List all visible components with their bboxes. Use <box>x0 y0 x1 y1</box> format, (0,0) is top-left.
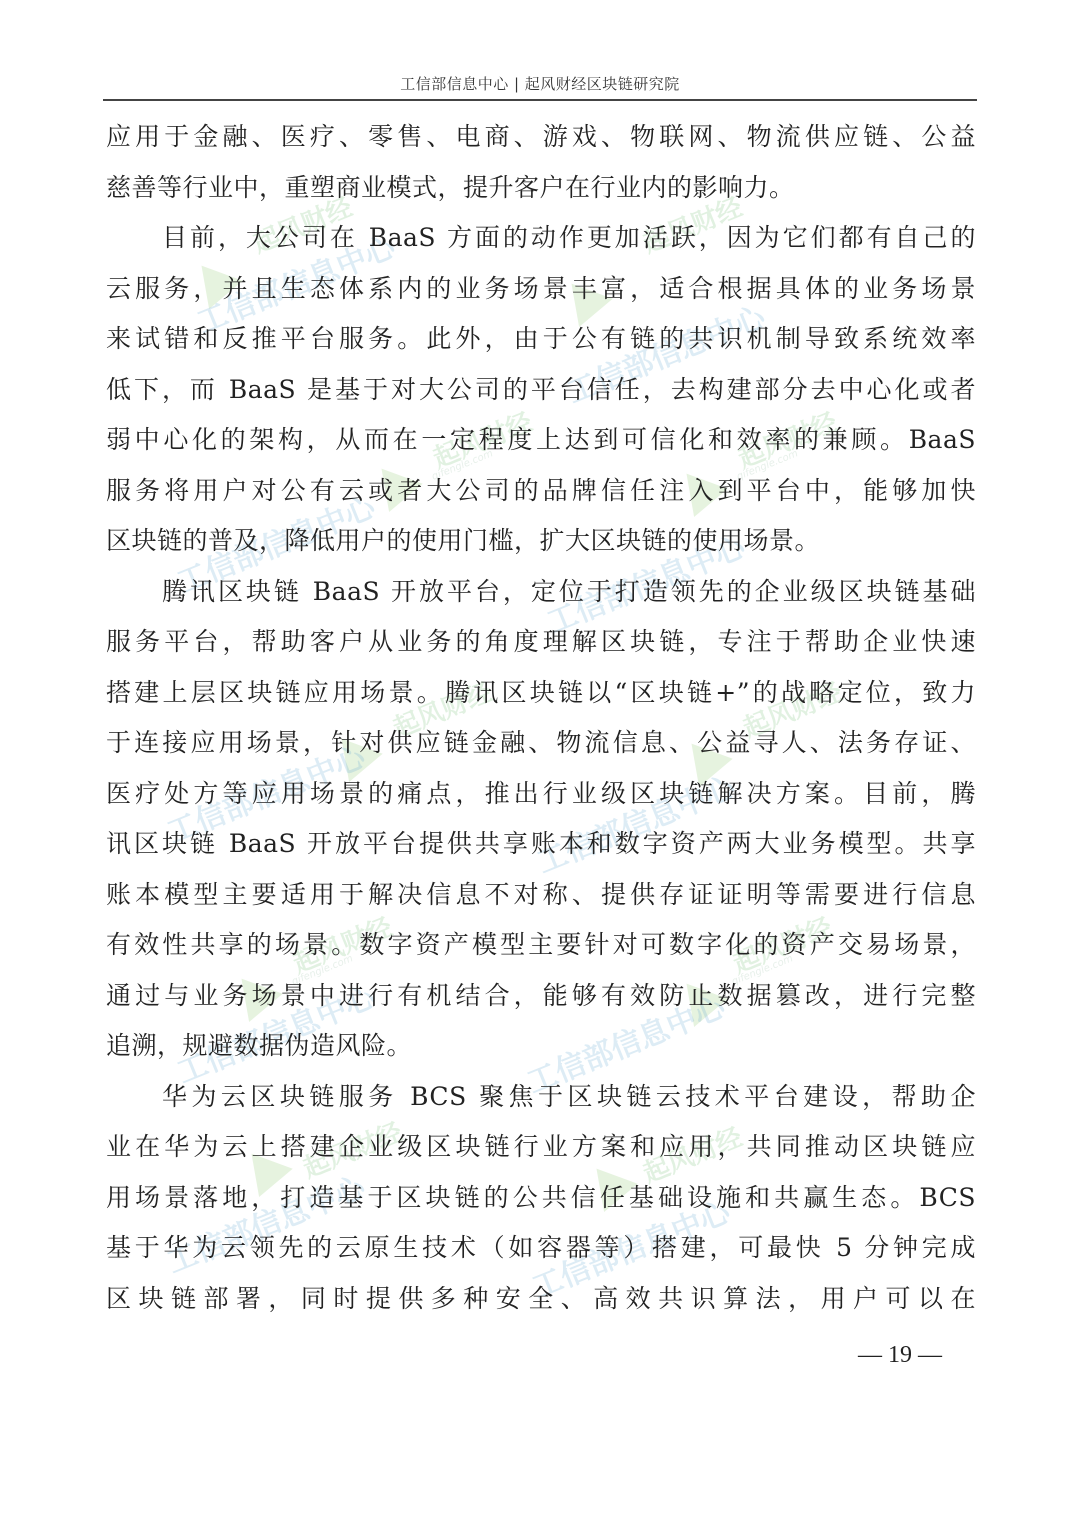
text-line: 华为云区块链服务 BCS 聚焦于区块链云技术平台建设，帮助企 <box>106 1072 976 1123</box>
paragraph-4: 华为云区块链服务 BCS 聚焦于区块链云技术平台建设，帮助企 业在华为云上搭建企… <box>106 1072 976 1325</box>
paragraph-2: 目前，大公司在 BaaS 方面的动作更加活跃，因为它们都有自己的 云服务，并且生… <box>106 213 976 567</box>
text-line: 有效性共享的场景。数字资产模型主要针对可数字化的资产交易场景， <box>106 920 976 971</box>
text-line: 通过与业务场景中进行有机结合，能够有效防止数据篡改，进行完整 <box>106 971 976 1022</box>
document-body: 应用于金融、医疗、零售、电商、游戏、物联网、物流供应链、公益 慈善等行业中，重塑… <box>106 112 976 1324</box>
text-line: 追溯，规避数据伪造风险。 <box>106 1021 976 1072</box>
text-line: 区块链的普及，降低用户的使用门槛，扩大区块链的使用场景。 <box>106 516 976 567</box>
text-line: 于连接应用场景，针对供应链金融、物流信息、公益寻人、法务存证、 <box>106 718 976 769</box>
page-header: 工信部信息中心 | 起风财经区块链研究院 <box>103 68 977 100</box>
text-line: 腾讯区块链 BaaS 开放平台，定位于打造领先的企业级区块链基础 <box>106 567 976 618</box>
text-line: 云服务，并且生态体系内的业务场景丰富，适合根据具体的业务场景 <box>106 264 976 315</box>
text-line: 业在华为云上搭建企业级区块链行业方案和应用，共同推动区块链应 <box>106 1122 976 1173</box>
text-line: 区块链部署，同时提供多种安全、高效共识算法，用户可以在 <box>106 1274 976 1325</box>
text-line: 账本模型主要适用于解决信息不对称、提供存证证明等需要进行信息 <box>106 870 976 921</box>
text-line: 服务平台，帮助客户从业务的角度理解区块链，专注于帮助企业快速 <box>106 617 976 668</box>
text-line: 应用于金融、医疗、零售、电商、游戏、物联网、物流供应链、公益 <box>106 112 976 163</box>
text-line: 搭建上层区块链应用场景。腾讯区块链以“区块链+”的战略定位，致力 <box>106 668 976 719</box>
paragraph-3: 腾讯区块链 BaaS 开放平台，定位于打造领先的企业级区块链基础 服务平台，帮助… <box>106 567 976 1072</box>
text-line: 基于华为云领先的云原生技术（如容器等）搭建，可最快 5 分钟完成 <box>106 1223 976 1274</box>
paragraph-1: 应用于金融、医疗、零售、电商、游戏、物联网、物流供应链、公益 慈善等行业中，重塑… <box>106 112 976 213</box>
text-line: 慈善等行业中，重塑商业模式，提升客户在行业内的影响力。 <box>106 163 976 214</box>
text-line: 来试错和反推平台服务。此外，由于公有链的共识机制导致系统效率 <box>106 314 976 365</box>
text-line: 医疗处方等应用场景的痛点，推出行业级区块链解决方案。目前，腾 <box>106 769 976 820</box>
text-line: 目前，大公司在 BaaS 方面的动作更加活跃，因为它们都有自己的 <box>106 213 976 264</box>
page-number: — 19 — <box>840 1342 960 1369</box>
text-line: 低下，而 BaaS 是基于对大公司的平台信任，去构建部分去中心化或者 <box>106 365 976 416</box>
header-divider <box>103 99 977 101</box>
text-line: 服务将用户对公有云或者大公司的品牌信任注入到平台中，能够加快 <box>106 466 976 517</box>
text-line: 讯区块链 BaaS 开放平台提供共享账本和数字资产两大业务模型。共享 <box>106 819 976 870</box>
text-line: 弱中心化的架构，从而在一定程度上达到可信化和效率的兼顾。BaaS <box>106 415 976 466</box>
text-line: 用场景落地，打造基于区块链的公共信任基础设施和共赢生态。BCS <box>106 1173 976 1224</box>
